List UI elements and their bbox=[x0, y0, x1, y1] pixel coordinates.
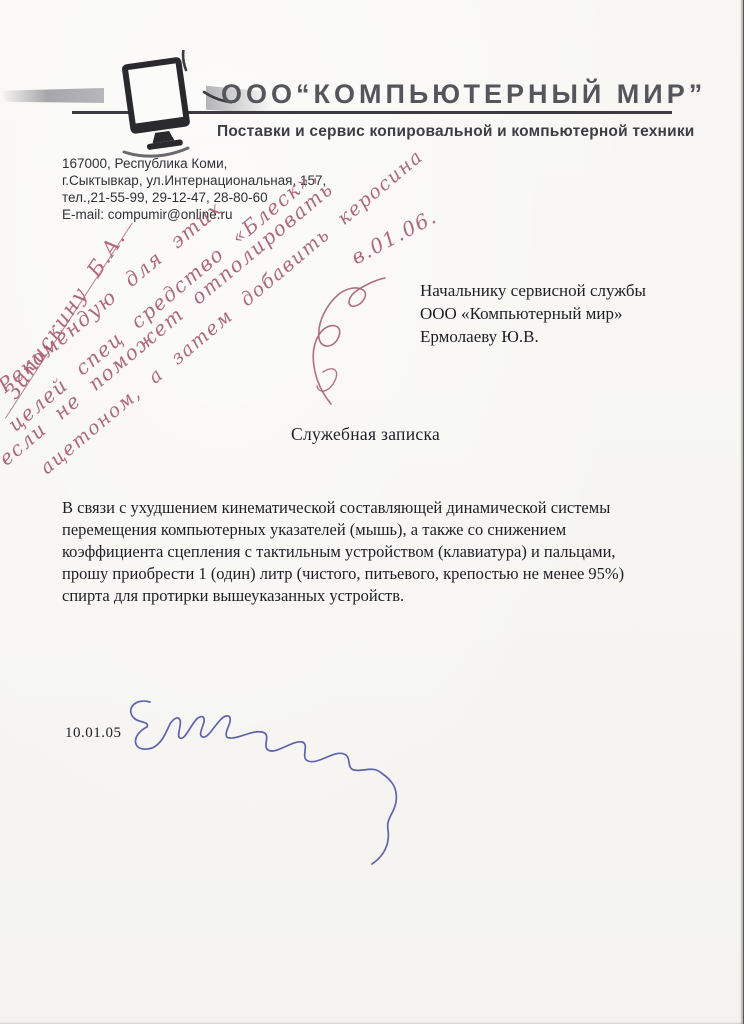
addressee-line: Ермолаеву Ю.В. bbox=[420, 325, 646, 348]
author-signature-stroke bbox=[110, 683, 410, 878]
addressee-line: Начальнику сервисной службы bbox=[420, 279, 646, 302]
memo-title: Служебная записка bbox=[291, 424, 440, 445]
scan-edge bbox=[740, 0, 744, 1024]
memo-body-line: перемещения компьютерных указателей (мыш… bbox=[62, 519, 702, 541]
addressee-line: ООО «Компьютерный мир» bbox=[420, 302, 646, 325]
memo-body-line: прошу приобрести 1 (один) литр (чистого,… bbox=[62, 563, 702, 585]
memo-body-line: спирта для протирки вышеуказанных устрой… bbox=[62, 585, 702, 607]
addressee-block: Начальнику сервисной службы ООО «Компьют… bbox=[420, 279, 646, 348]
memo-body-line: коэффициента сцепления с тактильным устр… bbox=[62, 541, 702, 563]
memo-body: В связи с ухудшением кинематической сост… bbox=[62, 497, 702, 607]
address-line: 167000, Республика Коми, bbox=[62, 155, 326, 172]
company-name: ООО“КОМПЬЮТЕРНЫЙ МИР” bbox=[221, 79, 701, 110]
resolution-signature-flourish bbox=[283, 252, 393, 412]
scanned-memo-page: ООО“КОМПЬЮТЕРНЫЙ МИР” Поставки и сервис … bbox=[0, 0, 744, 1024]
memo-body-line: В связи с ухудшением кинематической сост… bbox=[62, 497, 702, 519]
company-tagline: Поставки и сервис копировальной и компью… bbox=[217, 123, 697, 141]
monitor-swoosh-icon bbox=[84, 50, 232, 162]
